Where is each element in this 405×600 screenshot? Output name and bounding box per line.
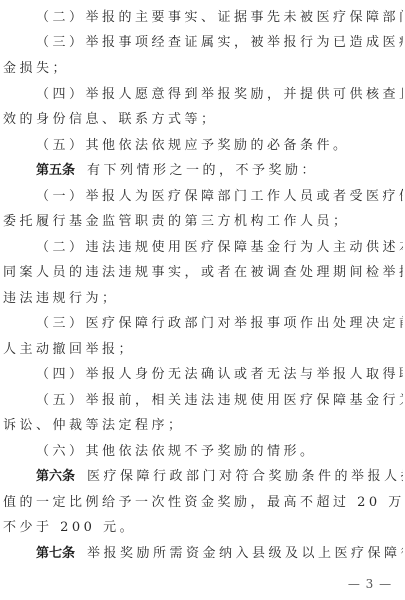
article-number: 第五条 <box>36 163 75 178</box>
line-text: 值的一定比例给予一次性资金奖励，最高不超过 20 万元，最低 <box>3 495 403 510</box>
line-text: （五）举报前，相关违法违规使用医疗保障基金行为已进入 <box>36 393 403 408</box>
paragraph-line: 委托履行基金监管职责的第三方机构工作人员； <box>3 209 403 234</box>
page-number: — 3 — <box>340 574 400 594</box>
line-text: 同案人员的违法违规事实，或者在被调查处理期间检举揭发其他 <box>3 265 403 280</box>
line-text: 医疗保障行政部门对符合奖励条件的举报人按照案 <box>87 469 403 484</box>
document-page: （二）举报的主要事实、证据事先未被医疗保障部门掌握； （三）举报事项经查证属实，… <box>0 0 405 600</box>
paragraph-line: （四）举报人身份无法确认或者无法与举报人取得联系； <box>36 362 403 387</box>
line-text: （三）举报事项经查证属实，被举报行为已造成医疗保障基 <box>36 35 403 50</box>
line-text: （六）其他依法依规不予奖励的情形。 <box>36 444 317 459</box>
paragraph-line: （一）举报人为医疗保障部门工作人员或者受医疗保障部门 <box>36 184 403 209</box>
paragraph-line: （五）其他依法依规应予奖励的必备条件。 <box>36 133 403 158</box>
line-text: （二）举报的主要事实、证据事先未被医疗保障部门掌握； <box>36 10 403 25</box>
paragraph-line: （二）举报的主要事实、证据事先未被医疗保障部门掌握； <box>36 5 403 30</box>
paragraph-line: 值的一定比例给予一次性资金奖励，最高不超过 20 万元，最低 <box>3 490 403 515</box>
paragraph-line: （三）举报事项经查证属实，被举报行为已造成医疗保障基 <box>36 30 403 55</box>
paragraph-line: 诉讼、仲裁等法定程序； <box>3 413 403 438</box>
line-text: （五）其他依法依规应予奖励的必备条件。 <box>36 138 350 153</box>
line-text: 人主动撤回举报； <box>3 342 135 357</box>
paragraph-line: （三）医疗保障行政部门对举报事项作出处理决定前，举报 <box>36 311 403 336</box>
line-text: （四）举报人愿意得到举报奖励，并提供可供核查且真实有 <box>36 87 403 102</box>
line-text: 效的身份信息、联系方式等； <box>3 112 218 127</box>
line-text: 举报奖励所需资金纳入县级及以上医疗保障行政部 <box>87 546 403 561</box>
article-heading-line: 第六条医疗保障行政部门对符合奖励条件的举报人按照案 <box>36 464 403 489</box>
paragraph-line: 违法违规行为； <box>3 286 403 311</box>
line-text: （三）医疗保障行政部门对举报事项作出处理决定前，举报 <box>36 316 403 331</box>
line-text: 委托履行基金监管职责的第三方机构工作人员； <box>3 214 350 229</box>
paragraph-line: 不少于 200 元。 <box>3 515 403 540</box>
line-text: 金损失； <box>3 61 69 76</box>
line-text: （一）举报人为医疗保障部门工作人员或者受医疗保障部门 <box>36 189 403 204</box>
line-text: （四）举报人身份无法确认或者无法与举报人取得联系； <box>36 367 403 382</box>
paragraph-line: 人主动撤回举报； <box>3 337 403 362</box>
article-heading-line: 第五条有下列情形之一的，不予奖励： <box>36 158 403 183</box>
line-text: 不少于 200 元。 <box>3 520 136 535</box>
article-number: 第七条 <box>36 546 75 561</box>
article-number: 第六条 <box>36 469 75 484</box>
paragraph-line: （四）举报人愿意得到举报奖励，并提供可供核查且真实有 <box>36 82 403 107</box>
article-heading-line: 第七条举报奖励所需资金纳入县级及以上医疗保障行政部 <box>36 541 403 566</box>
line-text: 诉讼、仲裁等法定程序； <box>3 418 185 433</box>
paragraph-line: （六）其他依法依规不予奖励的情形。 <box>36 439 403 464</box>
line-text: （二）违法违规使用医疗保障基金行为人主动供述本人及其 <box>36 240 403 255</box>
paragraph-line: 效的身份信息、联系方式等； <box>3 107 403 132</box>
line-text: 违法违规行为； <box>3 291 119 306</box>
paragraph-line: 同案人员的违法违规事实，或者在被调查处理期间检举揭发其他 <box>3 260 403 285</box>
paragraph-line: （五）举报前，相关违法违规使用医疗保障基金行为已进入 <box>36 388 403 413</box>
line-text: 有下列情形之一的，不予奖励： <box>87 163 318 178</box>
paragraph-line: 金损失； <box>3 56 403 81</box>
paragraph-line: （二）违法违规使用医疗保障基金行为人主动供述本人及其 <box>36 235 403 260</box>
